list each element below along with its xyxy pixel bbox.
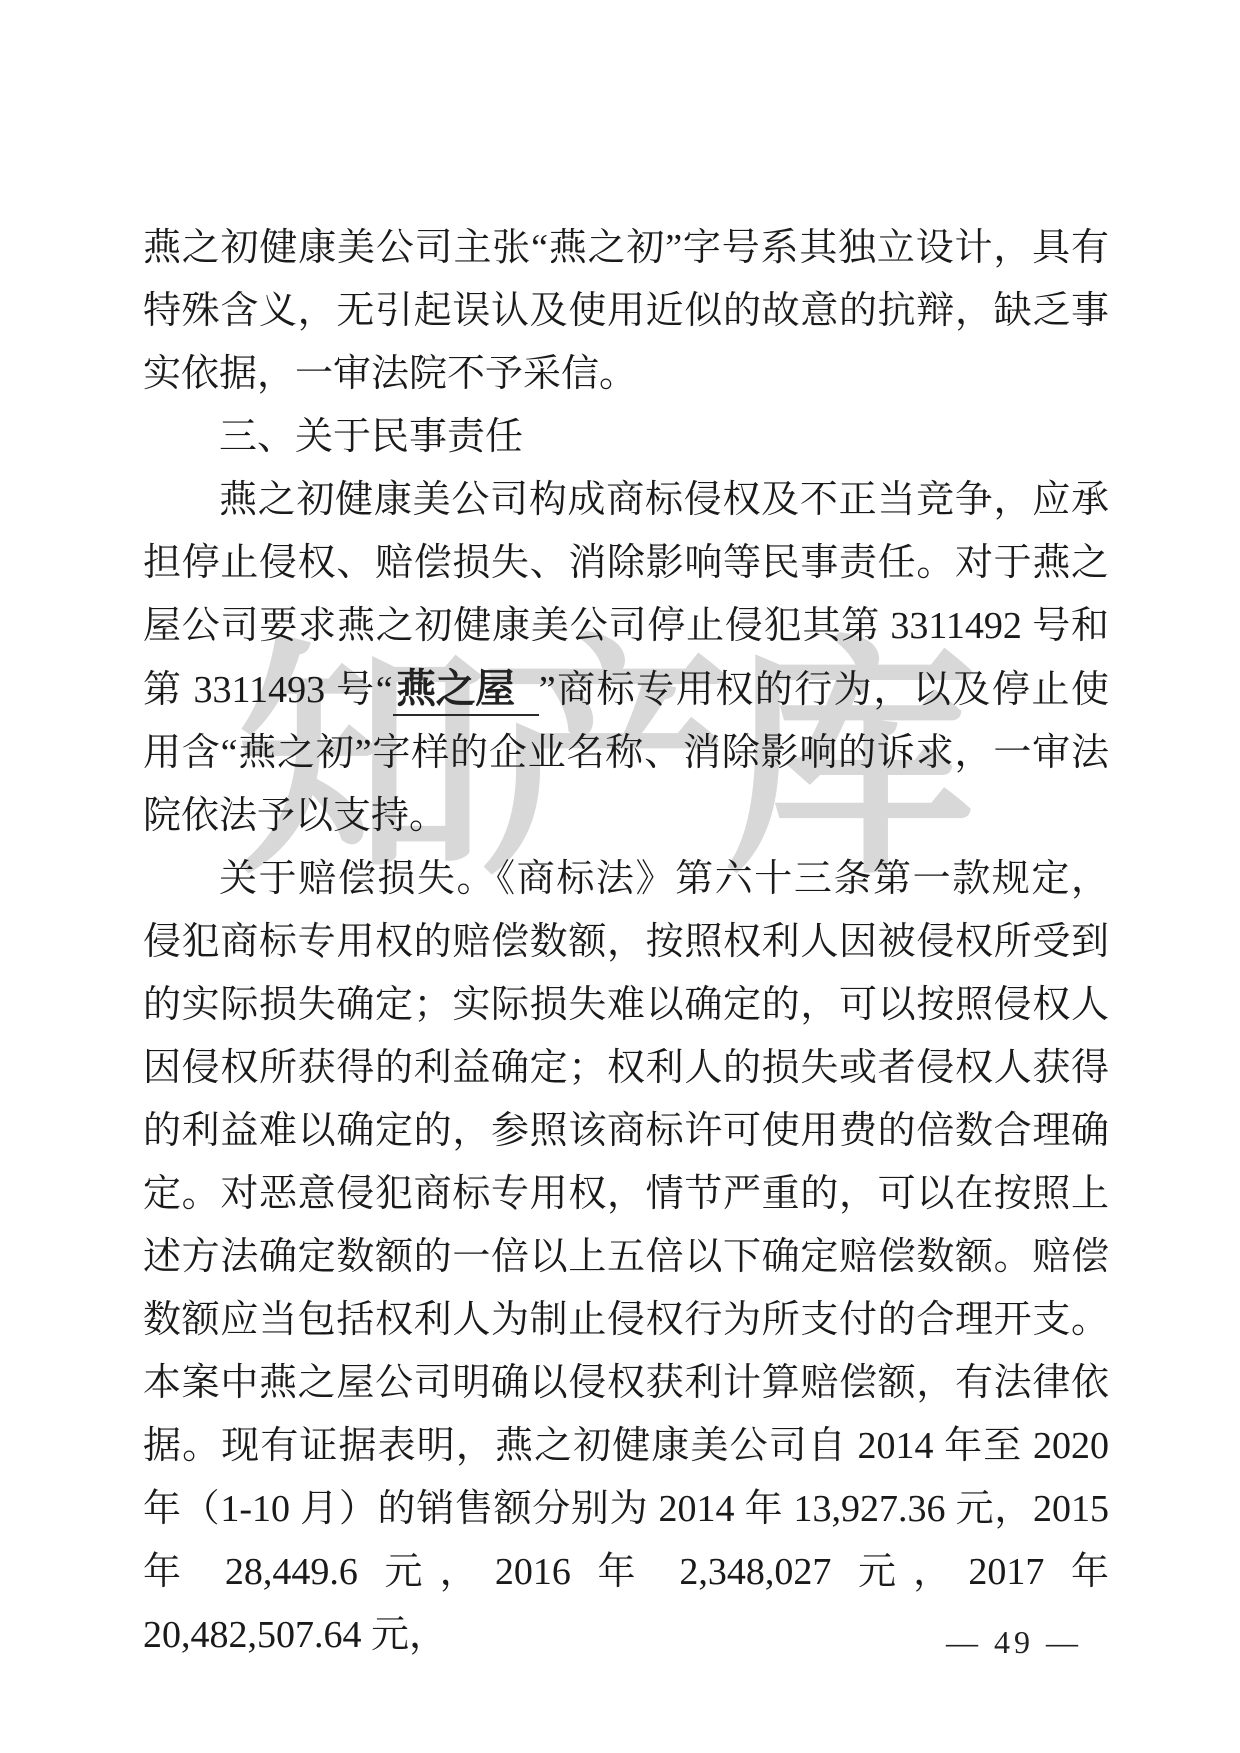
- paragraph-damages: 关于赔偿损失。《商标法》第六十三条第一款规定，侵犯商标专用权的赔偿数额，按照权利…: [143, 848, 1109, 1667]
- page-number: — 49 —: [946, 1624, 1082, 1661]
- yanzhiwu-trademark-logo: 燕之屋: [393, 666, 539, 716]
- document-page: 知产库 燕之初健康美公司主张“燕之初”字号系其独立设计，具有特殊含义，无引起误认…: [0, 0, 1240, 1753]
- paragraph-liability: 燕之初健康美公司构成商标侵权及不正当竞争，应承担停止侵权、赔偿损失、消除影响等民…: [143, 469, 1109, 848]
- document-body: 燕之初健康美公司主张“燕之初”字号系其独立设计，具有特殊含义，无引起误认及使用近…: [143, 217, 1109, 1667]
- paragraph-defense-conclusion: 燕之初健康美公司主张“燕之初”字号系其独立设计，具有特殊含义，无引起误认及使用近…: [143, 217, 1109, 406]
- section-heading-civil-liability: 三、关于民事责任: [143, 406, 1109, 469]
